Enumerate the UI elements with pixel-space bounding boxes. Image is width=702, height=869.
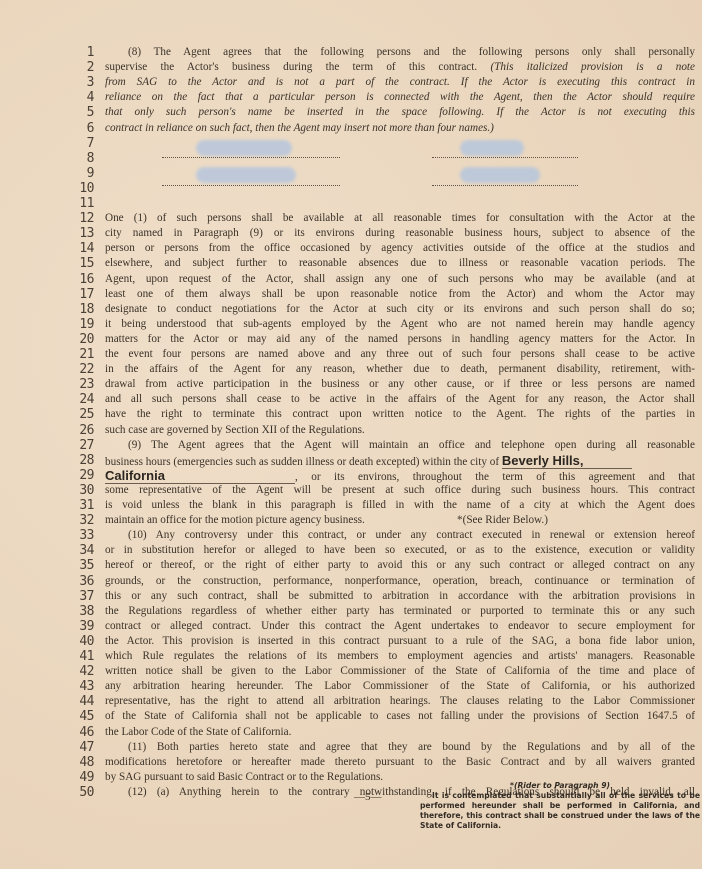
- line-number: 25: [72, 407, 94, 422]
- line-number: 41: [72, 649, 94, 664]
- contract-line: 7: [0, 136, 702, 151]
- contract-line: 24and all such persons shall cease to be…: [0, 392, 702, 407]
- contract-line: 27(9) The Agent agrees that the Agent wi…: [0, 438, 702, 453]
- line-number: 12: [72, 211, 94, 226]
- signature-line-1: [162, 156, 340, 158]
- line-number: 34: [72, 543, 94, 558]
- line-number: 9: [72, 166, 94, 181]
- contract-line: 36grounds, or the construction, performa…: [0, 574, 702, 589]
- line-number: 1: [72, 45, 94, 60]
- contract-line: 29California, or its environs, throughou…: [0, 468, 702, 483]
- contract-line: 5that only such person's name be inserte…: [0, 105, 702, 120]
- line-number: 16: [72, 272, 94, 287]
- contract-line: 43any arbitration hearing hereunder. The…: [0, 679, 702, 694]
- line-text: hereof or thereof, or the right of eithe…: [105, 558, 695, 573]
- line-text: have the right to terminate this contrac…: [105, 407, 695, 422]
- line-text: (9) The Agent agrees that the Agent will…: [128, 438, 695, 453]
- line-number: 28: [72, 453, 94, 468]
- contract-line: 41which Rule regulates the relations of …: [0, 649, 702, 664]
- line-text: and all such persons shall cease to be a…: [105, 392, 695, 407]
- contract-line: 42written notice shall be given to the L…: [0, 664, 702, 679]
- line-text: is void unless the blank in this paragra…: [105, 498, 695, 513]
- line-number: 43: [72, 679, 94, 694]
- signature-line-4: [432, 184, 578, 186]
- line-text: from SAG to the Actor and is not a part …: [105, 75, 695, 90]
- contract-line: 18designate to conduct negotiations for …: [0, 302, 702, 317]
- line-text: supervise the Actor's business during th…: [105, 60, 695, 75]
- contract-line: 46the Labor Code of the State of Califor…: [0, 725, 702, 740]
- rider-reference: *(See Rider Below.): [457, 513, 548, 528]
- contract-line: 12One (1) of such persons shall be avail…: [0, 211, 702, 226]
- contract-line: 22in the affairs of the Agent for any re…: [0, 362, 702, 377]
- line-number: 4: [72, 90, 94, 105]
- line-number: 27: [72, 438, 94, 453]
- line-number: 30: [72, 483, 94, 498]
- line-text: least one of them always shall be upon r…: [105, 287, 695, 302]
- contract-line: 32maintain an office for the motion pict…: [0, 513, 702, 528]
- line-number: 49: [72, 770, 94, 785]
- contract-line: 21the event four persons are named above…: [0, 347, 702, 362]
- line-number: 23: [72, 377, 94, 392]
- contract-line: 45of the State of California shall not b…: [0, 709, 702, 724]
- line-text: written notice shall be given to the Lab…: [105, 664, 695, 679]
- signature-line-3: [162, 184, 340, 186]
- line-text: drawal from active participation in the …: [105, 377, 695, 392]
- line-text: that only such person's name be inserted…: [105, 105, 695, 120]
- line-text: person or persons from the office occasi…: [105, 241, 695, 256]
- line-text: contract or alleged contract. Under this…: [105, 619, 695, 634]
- contract-line: 2supervise the Actor's business during t…: [0, 60, 702, 75]
- line-number: 21: [72, 347, 94, 362]
- redacted-name-3: [196, 167, 296, 183]
- contract-line: 17least one of them always shall be upon…: [0, 287, 702, 302]
- line-number: 40: [72, 634, 94, 649]
- line-number: 7: [72, 136, 94, 151]
- contract-line: 30some representative of the Agent will …: [0, 483, 702, 498]
- contract-line: 25have the right to terminate this contr…: [0, 407, 702, 422]
- city-fill-in: Beverly Hills,: [502, 453, 632, 469]
- contract-line: 20matters for the Actor or may aid any o…: [0, 332, 702, 347]
- line-number: 14: [72, 241, 94, 256]
- line-text: any arbitration hearing hereunder. The L…: [105, 679, 695, 694]
- line-number: 36: [72, 574, 94, 589]
- line-number: 5: [72, 105, 94, 120]
- page-number: —5—: [354, 791, 382, 803]
- redacted-name-1: [196, 140, 292, 156]
- line-number: 22: [72, 362, 94, 377]
- contract-line: 4reliance on the fact that a particular …: [0, 90, 702, 105]
- contract-page: 1(8) The Agent agrees that the following…: [0, 0, 702, 869]
- line-text: (8) The Agent agrees that the following …: [128, 45, 695, 60]
- contract-line: 19it being understood that sub-agents em…: [0, 317, 702, 332]
- line-text: the Actor. This provision is inserted in…: [105, 634, 695, 649]
- contract-line: 26such case are governed by Section XII …: [0, 423, 702, 438]
- contract-line: 39contract or alleged contract. Under th…: [0, 619, 702, 634]
- rider-note: *(Rider to Paragraph 9) It is contemplat…: [420, 781, 700, 831]
- line-text: this or any such contract, shall be subm…: [105, 589, 695, 604]
- contract-line: 38the Regulations regardless of whether …: [0, 604, 702, 619]
- line-text: grounds, or the construction, performanc…: [105, 574, 695, 589]
- contract-line: 9: [0, 166, 702, 181]
- line-number: 50: [72, 785, 94, 800]
- line-number: 35: [72, 558, 94, 573]
- contract-line: 10: [0, 181, 702, 196]
- line-text: designate to conduct negotiations for th…: [105, 302, 695, 317]
- line-number: 42: [72, 664, 94, 679]
- line-text: the Regulations regardless of whether ei…: [105, 604, 695, 619]
- line-text: matters for the Actor or may aid any of …: [105, 332, 695, 347]
- line-text: contract in reliance on such fact, then …: [105, 121, 695, 136]
- contract-line: 11: [0, 196, 702, 211]
- contract-line: 28business hours (emergencies such as su…: [0, 453, 702, 468]
- line-number: 44: [72, 694, 94, 709]
- line-number: 19: [72, 317, 94, 332]
- line-number: 46: [72, 725, 94, 740]
- line-text: One (1) of such persons shall be availab…: [105, 211, 695, 226]
- line-text: representative, has the right to attend …: [105, 694, 695, 709]
- line-text: (10) Any controversy under this contract…: [128, 528, 695, 543]
- line-number: 15: [72, 256, 94, 271]
- line-number: 39: [72, 619, 94, 634]
- contract-line: 47(11) Both parties hereto state and agr…: [0, 740, 702, 755]
- line-number: 26: [72, 423, 94, 438]
- line-number: 33: [72, 528, 94, 543]
- line-text: some representative of the Agent will be…: [105, 483, 695, 498]
- contract-line: 16Agent, upon request of the Actor, shal…: [0, 272, 702, 287]
- line-number: 45: [72, 709, 94, 724]
- state-fill-in: California: [105, 468, 295, 484]
- line-number: 37: [72, 589, 94, 604]
- line-number: 2: [72, 60, 94, 75]
- line-text: it being understood that sub-agents empl…: [105, 317, 695, 332]
- line-text: elsewhere, and subject further to reason…: [105, 256, 695, 271]
- contract-line: 14person or persons from the office occa…: [0, 241, 702, 256]
- redacted-name-4: [460, 167, 540, 183]
- contract-line: 1(8) The Agent agrees that the following…: [0, 45, 702, 60]
- line-number: 31: [72, 498, 94, 513]
- contract-line: 31is void unless the blank in this parag…: [0, 498, 702, 513]
- line-number: 20: [72, 332, 94, 347]
- contract-line: 40the Actor. This provision is inserted …: [0, 634, 702, 649]
- line-text: reliance on the fact that a particular p…: [105, 90, 695, 105]
- line-number: 24: [72, 392, 94, 407]
- contract-line: 37this or any such contract, shall be su…: [0, 589, 702, 604]
- line-number: 6: [72, 121, 94, 136]
- contract-line: 8: [0, 151, 702, 166]
- signature-line-2: [432, 156, 578, 158]
- line-number: 29: [72, 468, 94, 483]
- line-number: 3: [72, 75, 94, 90]
- line-number: 13: [72, 226, 94, 241]
- line-number: 18: [72, 302, 94, 317]
- contract-line: 44representative, has the right to atten…: [0, 694, 702, 709]
- line-number: 38: [72, 604, 94, 619]
- line-text: or in substitution herefor or alleged to…: [105, 543, 695, 558]
- line-text: modifications heretofore or hereafter ma…: [105, 755, 695, 770]
- line-text: such case are governed by Section XII of…: [105, 423, 695, 438]
- line-number: 32: [72, 513, 94, 528]
- line-text: Agent, upon request of the Actor, shall …: [105, 272, 695, 287]
- redacted-name-2: [460, 140, 524, 156]
- line-text: in the affairs of the Agent for any reas…: [105, 362, 695, 377]
- contract-line: 13city named in Paragraph (9) or its env…: [0, 226, 702, 241]
- line-text: the Labor Code of the State of Californi…: [105, 725, 695, 740]
- line-number: 17: [72, 287, 94, 302]
- line-number: 47: [72, 740, 94, 755]
- line-text: of the State of California shall not be …: [105, 709, 695, 724]
- contract-line: 34or in substitution herefor or alleged …: [0, 543, 702, 558]
- contract-line: 3from SAG to the Actor and is not a part…: [0, 75, 702, 90]
- line-text: maintain an office for the motion pictur…: [105, 513, 695, 528]
- contract-line: 15elsewhere, and subject further to reas…: [0, 256, 702, 271]
- contract-line: 35hereof or thereof, or the right of eit…: [0, 558, 702, 573]
- line-text: city named in Paragraph (9) or its envir…: [105, 226, 695, 241]
- line-number: 10: [72, 181, 94, 196]
- contract-line: 33(10) Any controversy under this contra…: [0, 528, 702, 543]
- line-number: 8: [72, 151, 94, 166]
- line-number: 11: [72, 196, 94, 211]
- contract-line: 48modifications heretofore or hereafter …: [0, 755, 702, 770]
- contract-line: 6contract in reliance on such fact, then…: [0, 121, 702, 136]
- line-number: 48: [72, 755, 94, 770]
- line-text: which Rule regulates the relations of it…: [105, 649, 695, 664]
- line-text: the event four persons are named above a…: [105, 347, 695, 362]
- contract-line: 23drawal from active participation in th…: [0, 377, 702, 392]
- rider-title: *(Rider to Paragraph 9): [420, 781, 700, 791]
- line-text: (11) Both parties hereto state and agree…: [128, 740, 695, 755]
- rider-body: It is contemplated that substantially al…: [420, 791, 700, 831]
